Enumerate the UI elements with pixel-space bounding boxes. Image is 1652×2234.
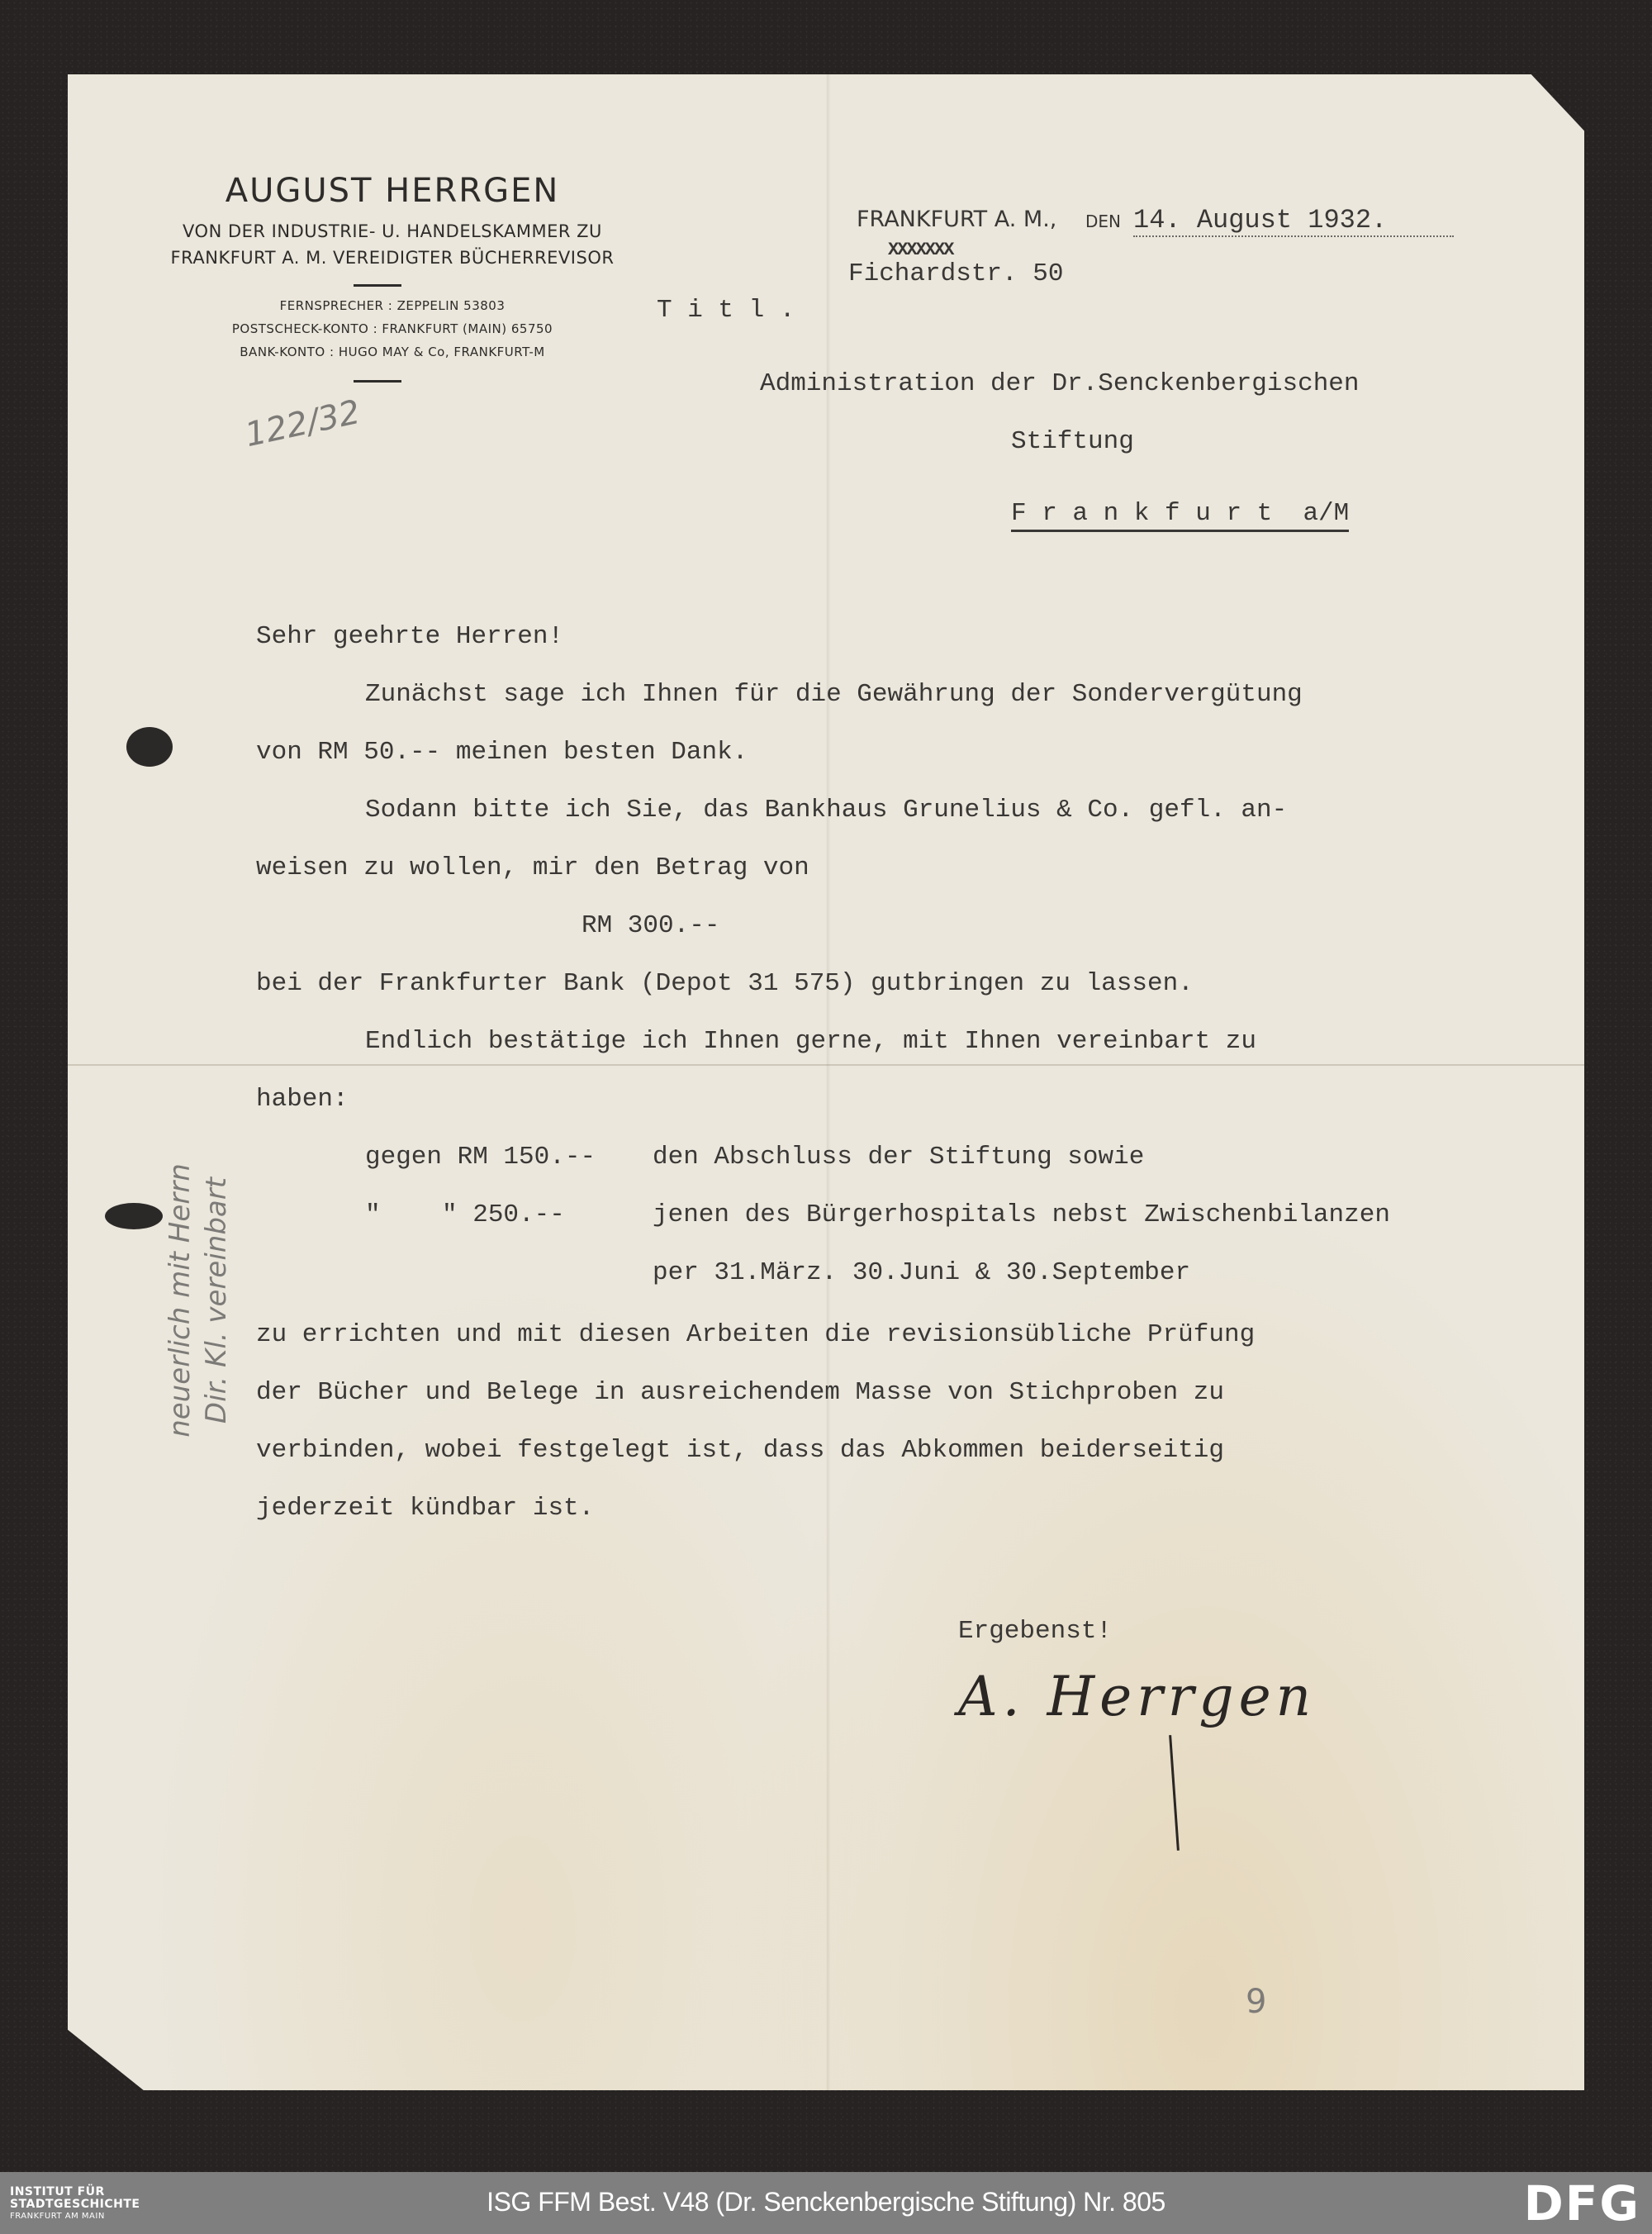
margin-note-line-2: Dir. Kl. vereinbart bbox=[198, 1127, 235, 1474]
list-item-text: jenen des Bürgerhospitals nebst Zwischen… bbox=[653, 1200, 1390, 1229]
body-line: haben: bbox=[256, 1085, 349, 1114]
signature: A. Herrgen bbox=[958, 1665, 1316, 1728]
place-label: FRANKFURT A. M., bbox=[857, 207, 1056, 232]
list-item-prefix: " " 250.-- bbox=[365, 1200, 565, 1229]
letterhead-divider bbox=[354, 284, 401, 287]
body-line: Zunächst sage ich Ihnen für die Gewährun… bbox=[365, 680, 1303, 709]
list-continuation: per 31.März. 30.Juni & 30.September bbox=[653, 1258, 1190, 1287]
ink-blot bbox=[126, 727, 173, 767]
recipient-title: T i t l . bbox=[657, 296, 795, 325]
den-label: DEN bbox=[1085, 212, 1121, 231]
body-line: verbinden, wobei festgelegt ist, dass da… bbox=[256, 1436, 1224, 1465]
sender-address: Fichardstr. 50 bbox=[848, 259, 1063, 288]
body-line: jederzeit kündbar ist. bbox=[256, 1494, 594, 1523]
letterhead-postscheck: POSTSCHECK-KONTO : FRANKFURT (MAIN) 6575… bbox=[124, 321, 661, 336]
ink-blot bbox=[105, 1203, 163, 1229]
body-line: von RM 50.-- meinen besten Dank. bbox=[256, 738, 748, 767]
letterhead-bank: BANK-KONTO : HUGO MAY & Co, FRANKFURT-M bbox=[124, 345, 661, 359]
struck-out-text: XXXXXXX bbox=[888, 240, 952, 260]
letterhead-subtitle-1: VON DER INDUSTRIE- U. HANDELSKAMMER ZU bbox=[124, 221, 661, 241]
amount-line: RM 300.-- bbox=[582, 911, 719, 940]
list-item-text: den Abschluss der Stiftung sowie bbox=[653, 1143, 1144, 1172]
page-number: 9 bbox=[1246, 1983, 1266, 2021]
letterhead-subtitle-2: FRANKFURT A. M. VEREIDIGTER BÜCHERREVISO… bbox=[124, 248, 661, 268]
archive-caption: ISG FFM Best. V48 (Dr. Senckenbergische … bbox=[0, 2187, 1652, 2217]
body-line: der Bücher und Belege in ausreichendem M… bbox=[256, 1378, 1224, 1407]
letterhead-name: AUGUST HERRGEN bbox=[124, 172, 661, 210]
list-item-prefix: gegen RM 150.-- bbox=[365, 1143, 596, 1172]
greeting: Sehr geehrte Herren! bbox=[256, 622, 563, 651]
letter-date: 14. August 1932. bbox=[1133, 205, 1454, 237]
dfg-logo: DFG bbox=[1524, 2178, 1640, 2229]
margin-note: neuerlich mit Herrn Dir. Kl. vereinbart bbox=[162, 1127, 235, 1474]
body-line: Endlich bestätige ich Ihnen gerne, mit I… bbox=[365, 1027, 1256, 1056]
body-line: zu errichten und mit diesen Arbeiten die… bbox=[256, 1320, 1255, 1349]
valediction: Ergebenst! bbox=[958, 1617, 1112, 1646]
recipient-line-2: Stiftung bbox=[1011, 427, 1134, 456]
recipient-line-3: F r a n k f u r t a/M bbox=[1011, 499, 1349, 532]
margin-note-line-1: neuerlich mit Herrn bbox=[162, 1127, 198, 1474]
body-line: Sodann bitte ich Sie, das Bankhaus Grune… bbox=[365, 796, 1287, 825]
letterhead-phone: FERNSPRECHER : ZEPPELIN 53803 bbox=[124, 298, 661, 313]
body-line: bei der Frankfurter Bank (Depot 31 575) … bbox=[256, 969, 1194, 998]
letterhead-divider bbox=[354, 380, 401, 383]
body-line: weisen zu wollen, mir den Betrag von bbox=[256, 853, 809, 882]
recipient-line-1: Administration der Dr.Senckenbergischen bbox=[760, 369, 1360, 398]
fold-crease bbox=[68, 1064, 1584, 1066]
